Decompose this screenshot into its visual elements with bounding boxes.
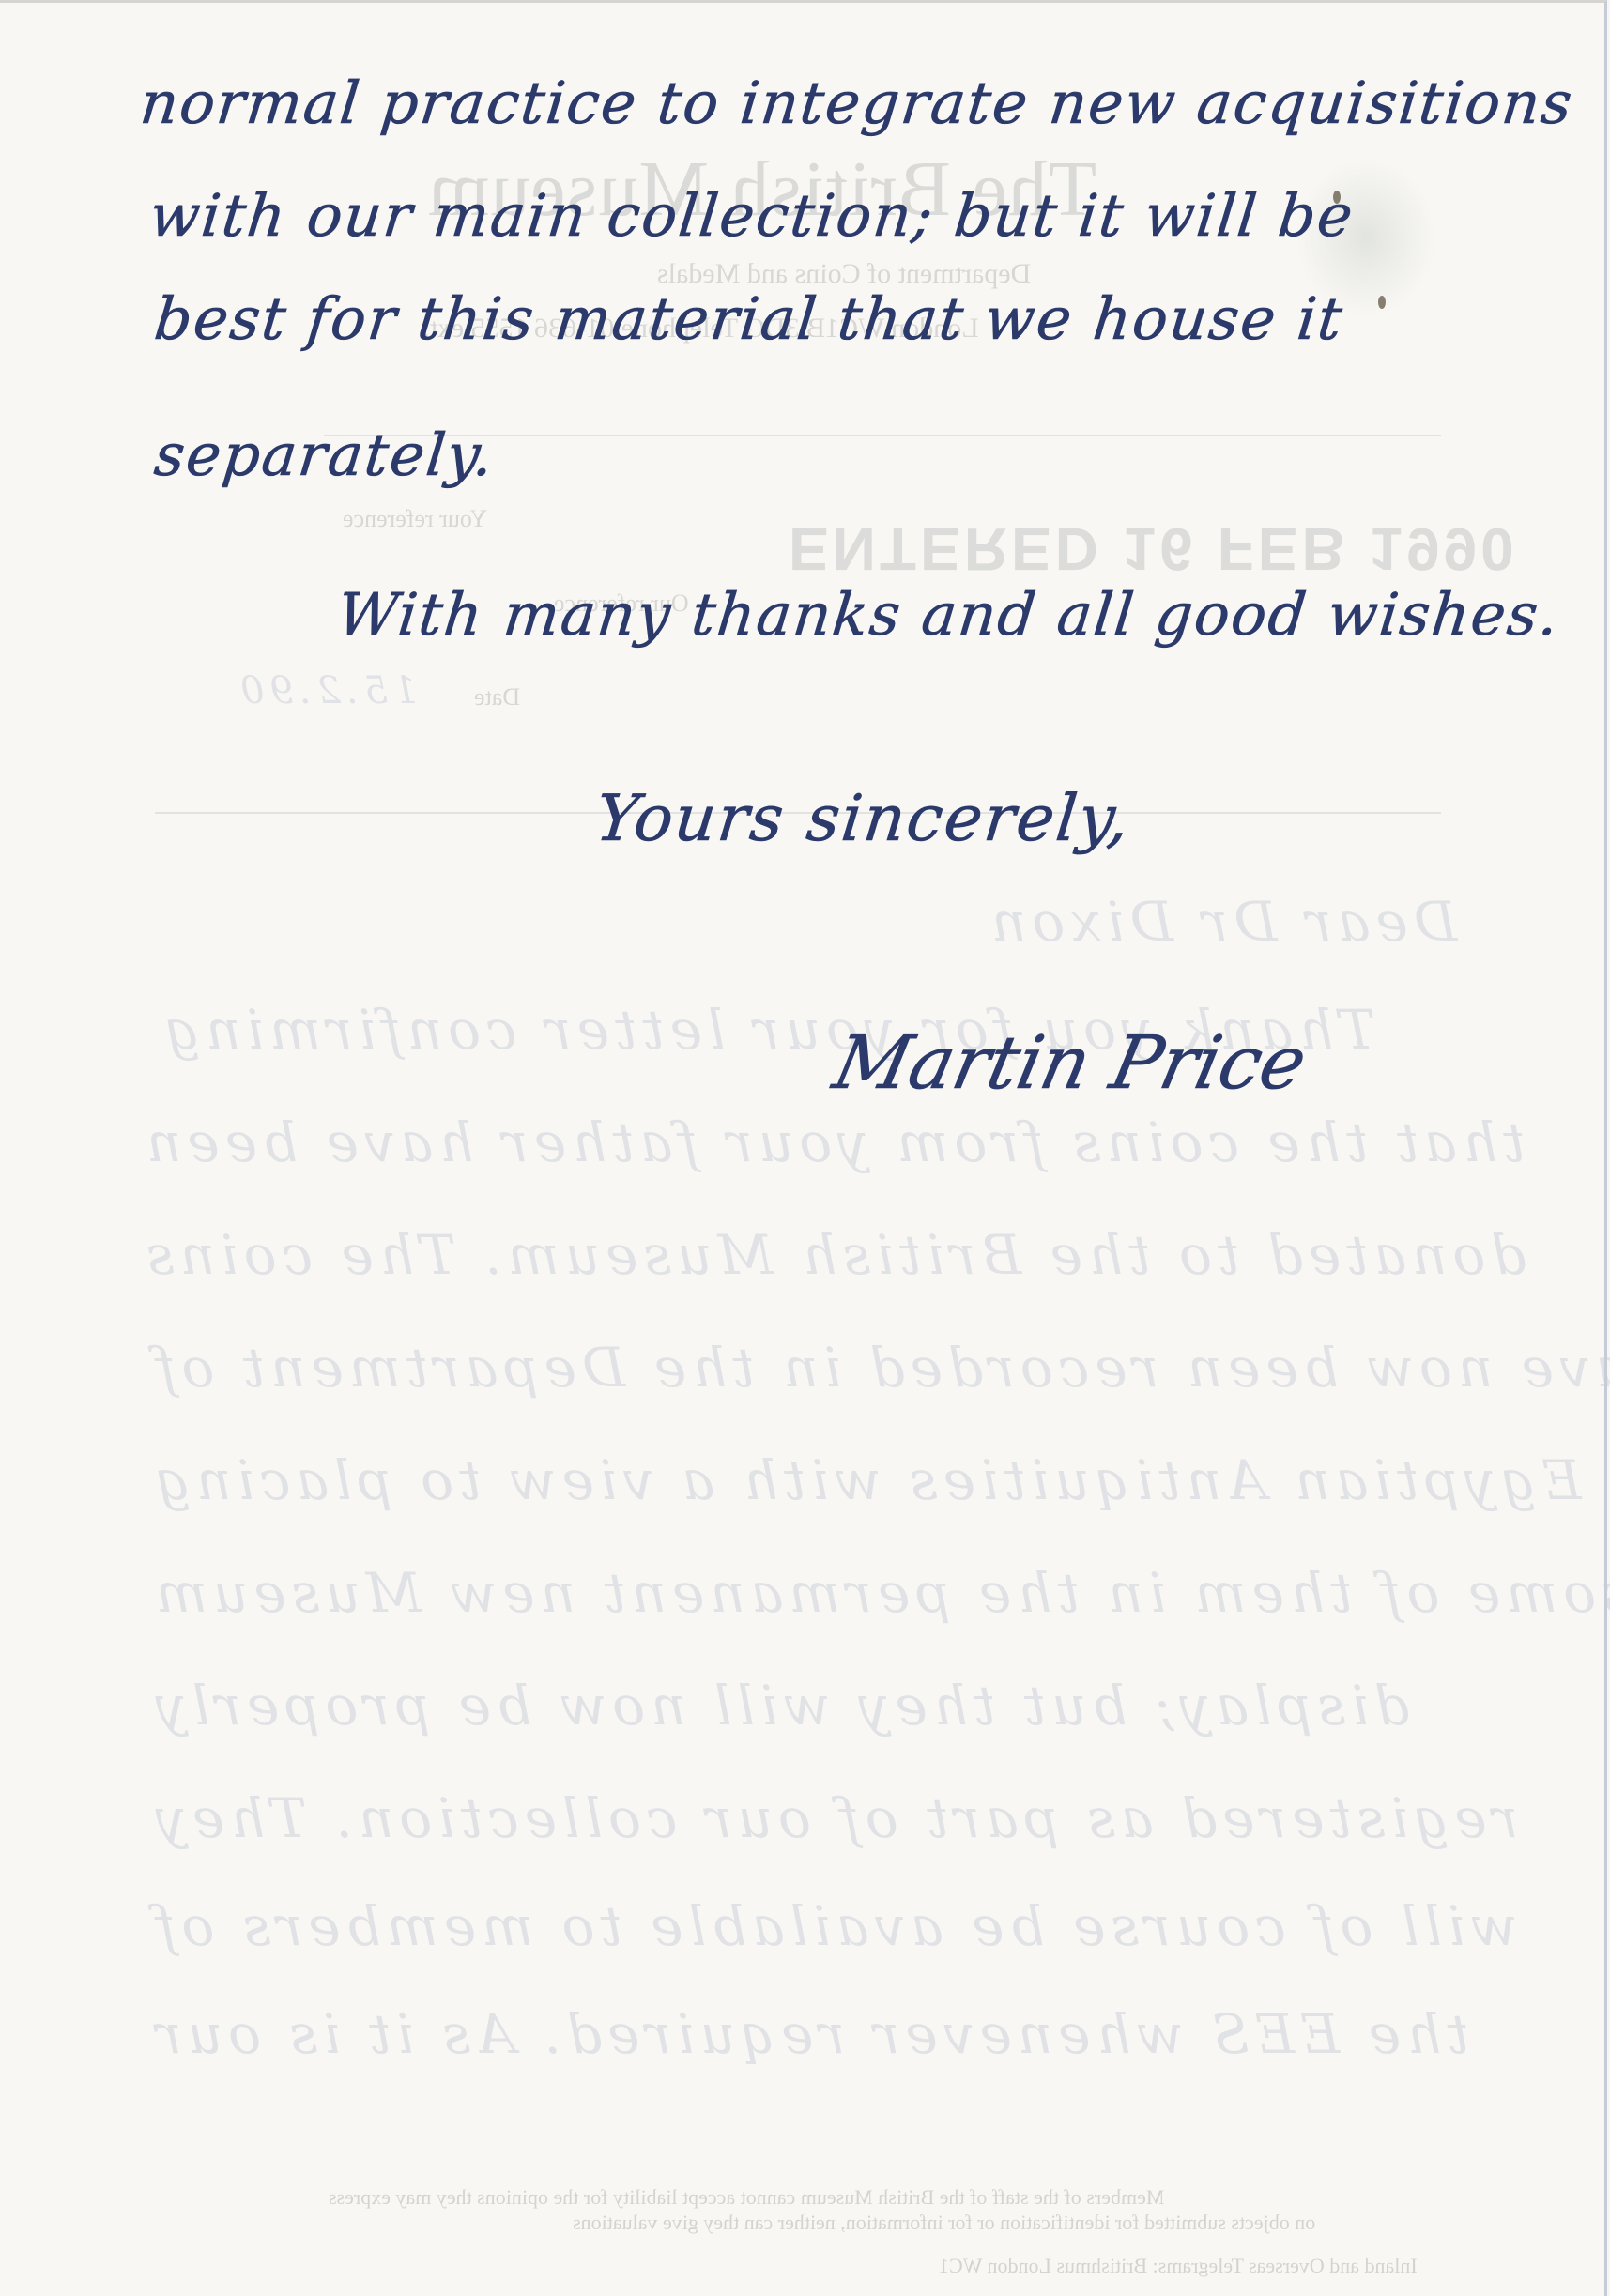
bleed-line: have now been recorded in the Department…: [150, 1336, 1610, 1400]
bleed-line: that the coins from your father have bee…: [141, 1110, 1525, 1174]
bleed-salutation: Dear Dr Dixon: [986, 890, 1457, 954]
handwritten-valediction: Yours sincerely,: [592, 782, 1134, 856]
bleed-footer-disclaimer-2: on objects submitted for identification …: [573, 2211, 1315, 2235]
paper-speck: [1378, 296, 1386, 309]
bleed-line: will of course be available to members o…: [150, 1894, 1517, 1958]
bleed-line: registered as part of our collection. Th…: [150, 1786, 1518, 1850]
bleed-footer-disclaimer-1: Members of the staff of the British Muse…: [329, 2185, 1164, 2210]
bleed-date-value: 15.2.90: [235, 669, 418, 712]
letter-page: The British Museum Department of Coins a…: [0, 0, 1607, 2296]
bleed-line: donated to the British Museum. The coins: [141, 1223, 1526, 1287]
handwritten-line-4: separately.: [151, 421, 498, 489]
bleed-footer-telegrams: Inland and Overseas Telegrams: Britishmu…: [939, 2254, 1418, 2278]
handwritten-closing-line: With many thanks and all good wishes.: [334, 580, 1563, 649]
bleed-line: display; but they will now be properly: [150, 1674, 1409, 1737]
bleed-date-label: Date: [474, 683, 520, 712]
bleed-line: the EES whenever required. As it is our: [150, 2002, 1469, 2066]
handwritten-line-3: best for this material that we house it: [151, 284, 1347, 353]
bleed-entered-stamp: ENTERED 16 FEB 1990: [789, 514, 1518, 584]
signature: Martin Price: [826, 1021, 1313, 1106]
bleed-line: some of them in the permanent new Museum: [150, 1561, 1610, 1625]
handwritten-line-1: normal practice to integrate new acquisi…: [137, 69, 1577, 137]
paper-speck: [1333, 191, 1341, 204]
bleed-your-reference-label: Your reference: [343, 505, 487, 533]
handwritten-line-2: with our main collection; but it will be: [146, 181, 1357, 250]
bleed-line: Egyptian Antiquities with a view to plac…: [150, 1448, 1582, 1512]
